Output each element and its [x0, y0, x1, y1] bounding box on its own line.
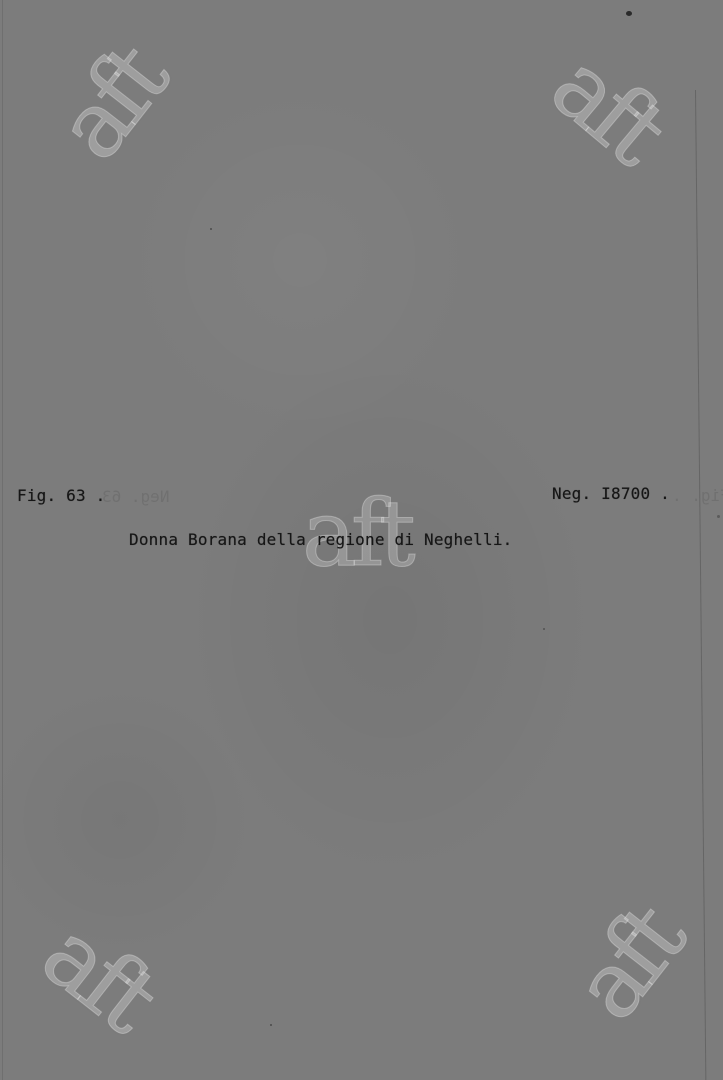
left-page-edge	[2, 0, 3, 1080]
dust-speck	[543, 628, 545, 630]
watermark-bottom-right: aft	[559, 893, 698, 1035]
figure-number-label: Fig. 63 .	[17, 486, 106, 505]
watermark-top-right: aft	[536, 38, 678, 178]
dust-speck	[270, 1024, 272, 1026]
bleed-through-text: Neg. 63	[102, 487, 169, 506]
negative-number-label: Neg. I8700 .	[552, 484, 670, 503]
watermark-bottom-left: aft	[27, 907, 169, 1046]
scanned-document-page: Neg. 63 Fig. . aft aft aft aft aft Fig. …	[0, 0, 723, 1080]
photo-caption: Donna Borana della regione di Neghelli.	[129, 530, 512, 549]
watermark-top-left: aft	[42, 33, 181, 175]
bleed-through-text: Fig. .	[672, 486, 723, 505]
dust-speck	[210, 228, 212, 230]
dust-speck	[626, 11, 632, 16]
dust-speck	[717, 515, 720, 518]
right-page-edge-line	[695, 90, 706, 1080]
